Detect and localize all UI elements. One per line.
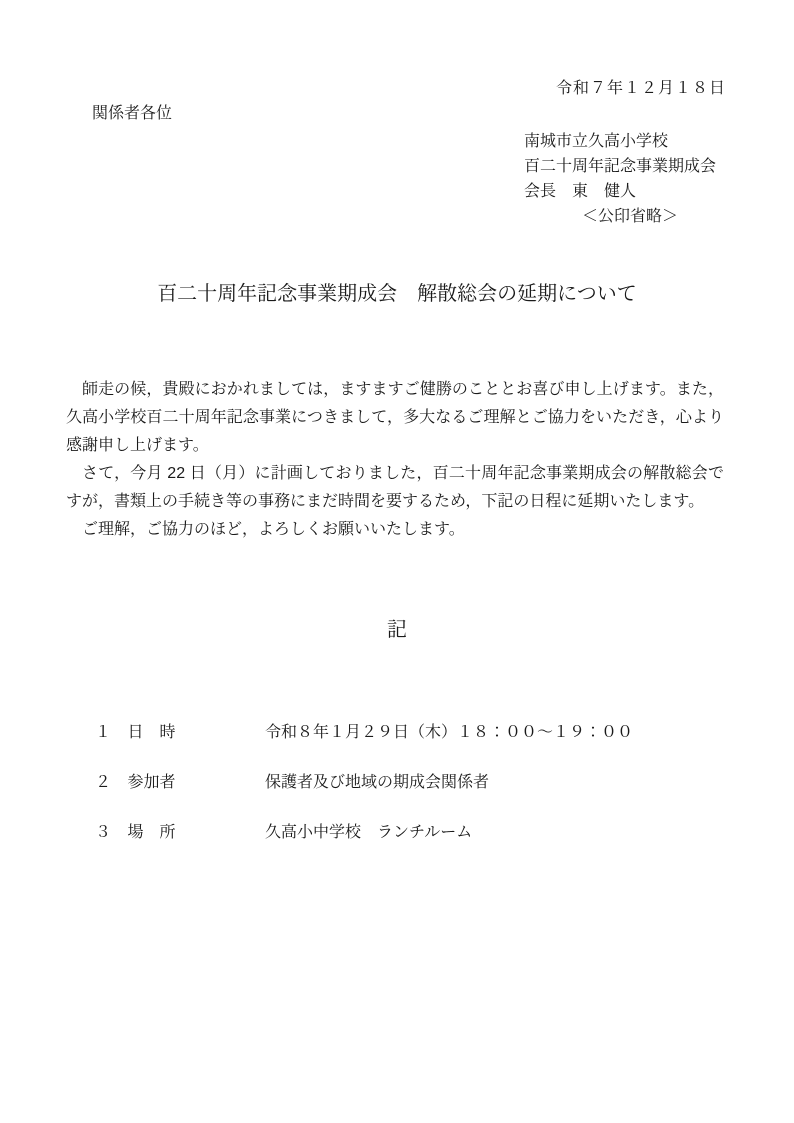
detail-value-location: 久高小中学校 ランチルーム (265, 822, 472, 844)
document-page: 令和７年１２月１８日 関係者各位 南城市立久高小学校 百二十周年記念事業期成会 … (0, 0, 794, 1123)
sender-school: 南城市立久高小学校 (524, 132, 668, 152)
detail-value-datetime: 令和８年１月２９日（木）１８：００～１９：００ (265, 722, 633, 744)
document-date: 令和７年１２月１８日 (556, 79, 726, 99)
detail-number: ３ (95, 822, 111, 844)
detail-row-participants: ２ 参加者 保護者及び地域の期成会関係者 (95, 772, 735, 796)
detail-label-location: 場 所 (127, 822, 175, 844)
sender-chairperson: 会長 東 健人 (524, 182, 636, 202)
detail-number: ２ (95, 772, 111, 794)
detail-row-datetime: １ 日 時 令和８年１月２９日（木）１８：００～１９：００ (95, 722, 735, 746)
body-paragraph-postponement: さて，今月 22 日（月）に計画しておりました，百二十周年記念事業期成会の解散総… (66, 460, 724, 516)
detail-label-participants: 参加者 (127, 772, 175, 794)
detail-label-datetime: 日 時 (127, 722, 175, 744)
body-paragraph-closing: ご理解，ご協力のほど，よろしくお願いいたします。 (66, 516, 724, 544)
detail-value-participants: 保護者及び地域の期成会関係者 (265, 772, 489, 794)
body-text: 師走の候，貴殿におかれましては，ますますご健勝のこととお喜び申し上げます。また，… (66, 376, 724, 544)
seal-omission-note: ＜公印省略＞ (582, 207, 678, 227)
recipient-line: 関係者各位 (92, 104, 172, 124)
sender-committee: 百二十周年記念事業期成会 (524, 157, 716, 177)
body-paragraph-greeting: 師走の候，貴殿におかれましては，ますますご健勝のこととお喜び申し上げます。また，… (66, 376, 724, 460)
notice-marker: 記 (0, 618, 794, 642)
document-title: 百二十周年記念事業期成会 解散総会の延期について (0, 282, 794, 306)
detail-row-location: ３ 場 所 久高小中学校 ランチルーム (95, 822, 735, 846)
detail-number: １ (95, 722, 111, 744)
